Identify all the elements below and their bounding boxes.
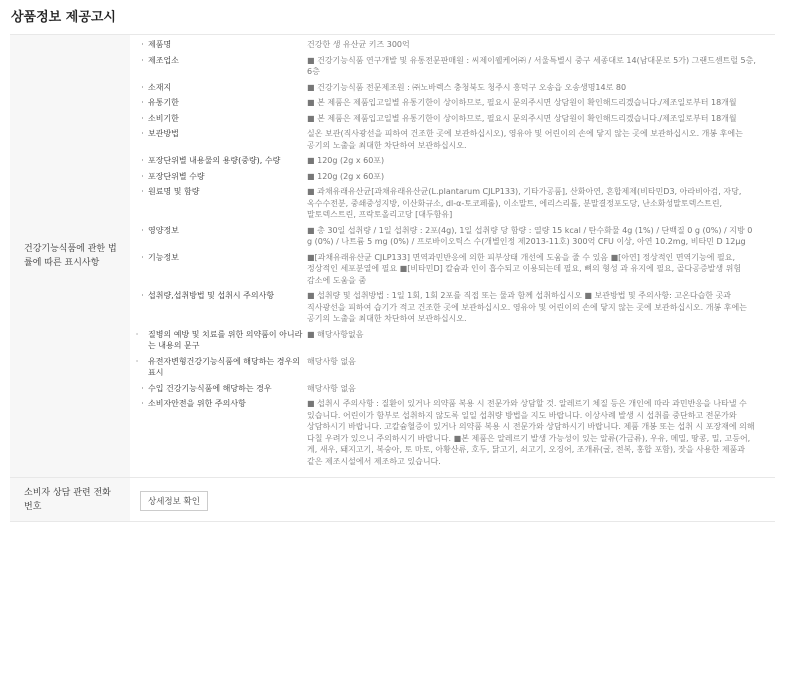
item-key: 기능정보 [137,252,307,287]
item-value: ■ 건강기능식품 연구개발 및 유통전문판매원 : 씨제이웰케어㈜ / 서울특별… [307,55,775,78]
product-info-notice: 상품정보 제공고시 건강기능식품에 관한 법률에 따른 표시사항 제품명건강한 … [0,0,799,522]
item-key: 보관방법 [137,128,307,151]
item-list: 제품명건강한 생 유산균 키즈 300억 제조업소■ 건강기능식품 연구개발 및… [137,39,775,467]
item-value: ■ 섭취량 및 섭취방법 : 1일 1회, 1회 2포를 직접 또는 물과 함께… [307,290,775,325]
list-item: 보관방법실온 보관(직사광선을 피하여 건조한 곳에 보관하십시오), 영유아 … [137,128,775,151]
list-item: 소재지■ 건강기능식품 전문제조원 : ㈜노바렉스 충청북도 청주시 흥덕구 오… [137,82,775,94]
list-item: 포장단위별 내용물의 용량(중량), 수량■ 120g (2g x 60포) [137,155,775,167]
row-label: 건강기능식품에 관한 법률에 따른 표시사항 [10,35,130,478]
list-item: 제품명건강한 생 유산균 키즈 300억 [137,39,775,51]
item-value: ■ 120g (2g x 60포) [307,171,775,183]
list-item: 유통기한■ 본 제품은 제품입고일별 유통기한이 상이하므로, 필요시 문의주시… [137,97,775,109]
list-item: 섭취량,섭취방법 및 섭취시 주의사항■ 섭취량 및 섭취방법 : 1일 1회,… [137,290,775,325]
item-value: ■ 건강기능식품 전문제조원 : ㈜노바렉스 충청북도 청주시 흥덕구 오송읍 … [307,82,775,94]
item-key: 질병의 예방 및 치료를 위한 의약품이 아니라는 내용의 문구 [137,329,307,352]
row-consumer-phone: 소비자 상담 관련 전화번호 상세정보 확인 [10,478,775,522]
item-value: ■ 총 30일 섭취량 / 1일 섭취량 : 2포(4g), 1일 섭취량 당 … [307,225,775,248]
list-item: 유전자변형건강기능식품에 해당하는 경우의 표시해당사항 없음 [137,356,775,379]
item-key: 소비기한 [137,113,307,125]
item-value: ■[과채유래유산균 CJLP133] 면역과민반응에 의한 피부상태 개선에 도… [307,252,775,287]
list-item: 포장단위별 수량■ 120g (2g x 60포) [137,171,775,183]
row-health-food-labeling: 건강기능식품에 관한 법률에 따른 표시사항 제품명건강한 생 유산균 키즈 3… [10,35,775,478]
item-key: 영양정보 [137,225,307,248]
list-item: 소비자안전을 위한 주의사항■ 섭취시 주의사항 : 질환이 있거나 의약품 복… [137,398,775,467]
list-item: 수입 건강기능식품에 해당하는 경우해당사항 없음 [137,383,775,395]
item-value: 해당사항 없음 [307,383,775,395]
item-key: 유전자변형건강기능식품에 해당하는 경우의 표시 [137,356,307,379]
view-details-button[interactable]: 상세정보 확인 [140,491,208,511]
row-label: 소비자 상담 관련 전화번호 [10,478,130,522]
item-value: ■ 본 제품은 제품입고일별 유통기한이 상이하므로, 필요시 문의주시면 상담… [307,113,775,125]
item-key: 섭취량,섭취방법 및 섭취시 주의사항 [137,290,307,325]
info-table: 건강기능식품에 관한 법률에 따른 표시사항 제품명건강한 생 유산균 키즈 3… [10,34,775,522]
item-value: 실온 보관(직사광선을 피하여 건조한 곳에 보관하십시오), 영유아 및 어린… [307,128,775,151]
item-value: ■ 과채유래유산균[과채유래유산균(L.plantarum CJLP133), … [307,186,775,221]
item-key: 포장단위별 수량 [137,171,307,183]
item-key: 원료명 및 함량 [137,186,307,221]
list-item: 원료명 및 함량■ 과채유래유산균[과채유래유산균(L.plantarum CJ… [137,186,775,221]
item-key: 소재지 [137,82,307,94]
item-key: 소비자안전을 위한 주의사항 [137,398,307,467]
item-value: ■ 해당사항없음 [307,329,775,352]
list-item: 질병의 예방 및 치료를 위한 의약품이 아니라는 내용의 문구■ 해당사항없음 [137,329,775,352]
list-item: 소비기한■ 본 제품은 제품입고일별 유통기한이 상이하므로, 필요시 문의주시… [137,113,775,125]
item-key: 수입 건강기능식품에 해당하는 경우 [137,383,307,395]
row-content: 제품명건강한 생 유산균 키즈 300억 제조업소■ 건강기능식품 연구개발 및… [130,35,775,478]
list-item: 기능정보■[과채유래유산균 CJLP133] 면역과민반응에 의한 피부상태 개… [137,252,775,287]
item-key: 포장단위별 내용물의 용량(중량), 수량 [137,155,307,167]
page-title: 상품정보 제공고시 [10,0,775,34]
item-value: 해당사항 없음 [307,356,775,379]
item-key: 유통기한 [137,97,307,109]
item-value: ■ 120g (2g x 60포) [307,155,775,167]
list-item: 제조업소■ 건강기능식품 연구개발 및 유통전문판매원 : 씨제이웰케어㈜ / … [137,55,775,78]
item-value: ■ 섭취시 주의사항 : 질환이 있거나 의약품 복용 시 전문가와 상담할 것… [307,398,775,467]
item-value: ■ 본 제품은 제품입고일별 유통기한이 상이하므로, 필요시 문의주시면 상담… [307,97,775,109]
item-value: 건강한 생 유산균 키즈 300억 [307,39,775,51]
item-key: 제조업소 [137,55,307,78]
row-content: 상세정보 확인 [130,478,775,522]
list-item: 영양정보■ 총 30일 섭취량 / 1일 섭취량 : 2포(4g), 1일 섭취… [137,225,775,248]
item-key: 제품명 [137,39,307,51]
